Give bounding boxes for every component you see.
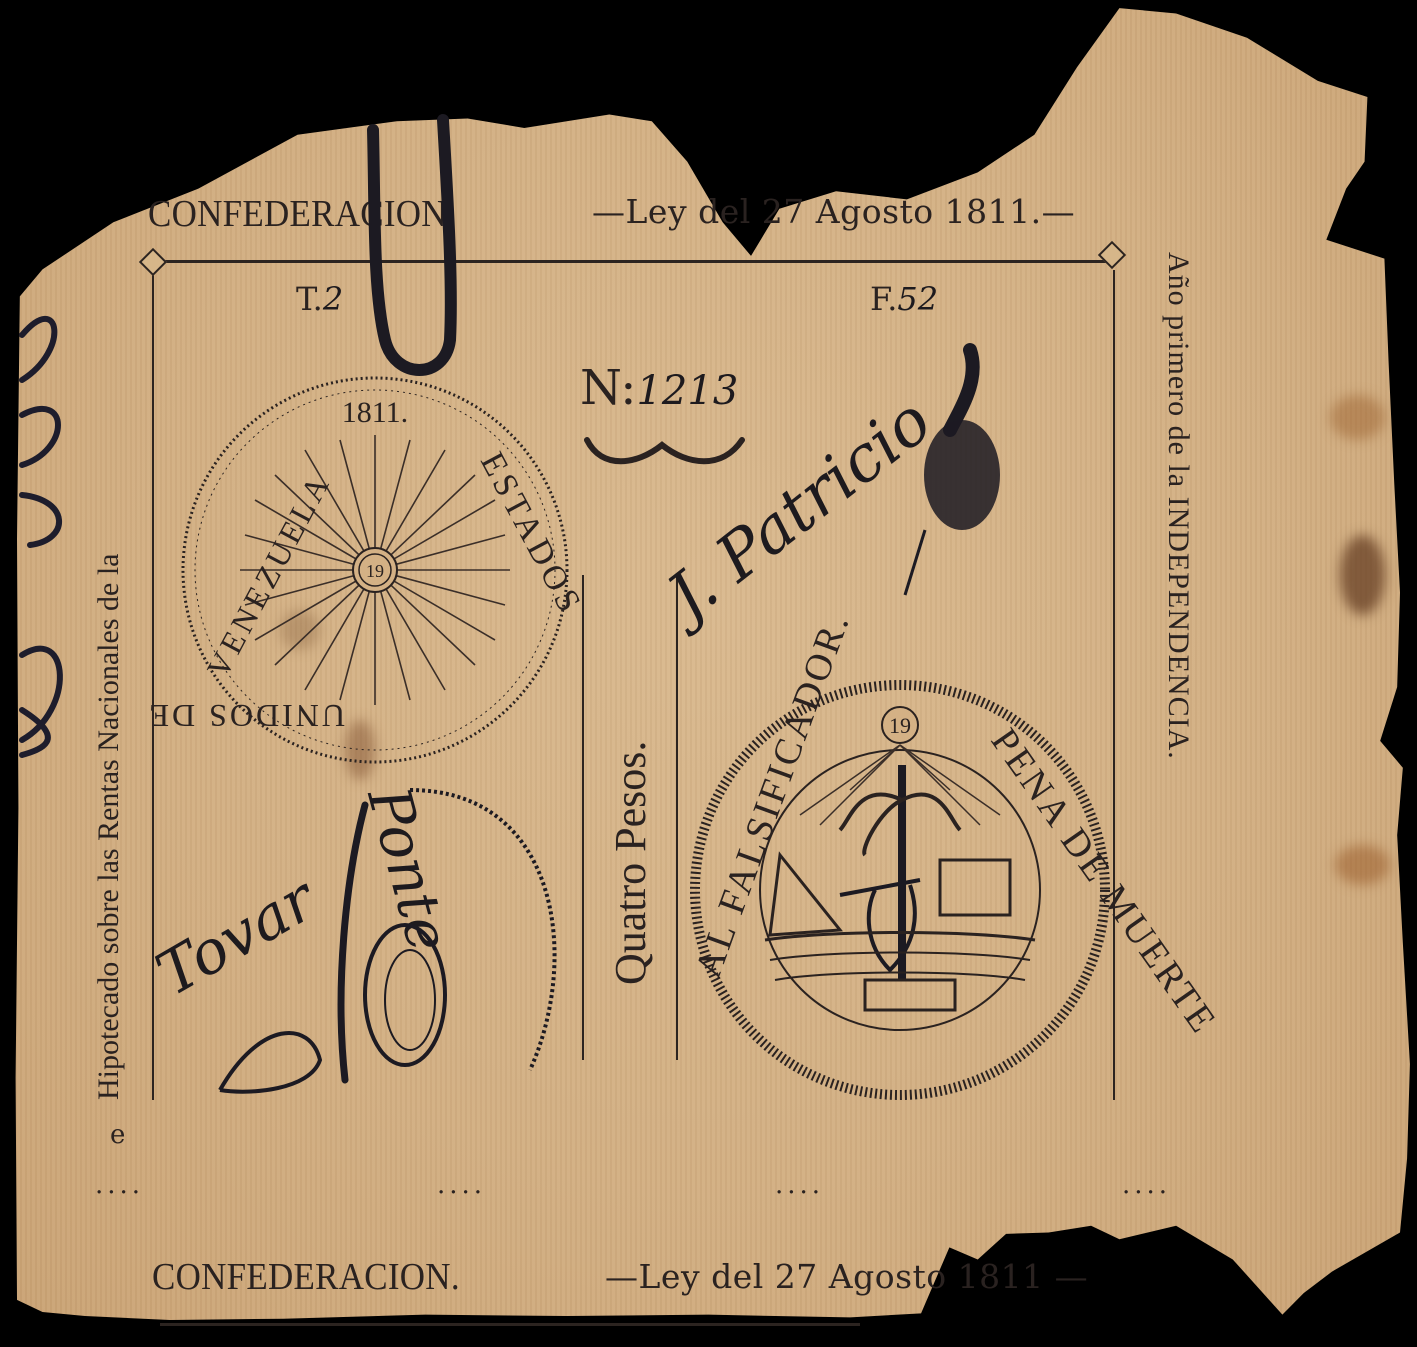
left-margin-prefix: e (110, 1120, 125, 1150)
tomo-value: 2 (323, 280, 343, 318)
denomination-label: Quatro Pesos. (606, 741, 655, 985)
ornament-swash (582, 430, 752, 470)
serial-label: N: (580, 360, 636, 416)
frame-right-rule (1113, 270, 1115, 1100)
frame-left-rule (152, 270, 154, 1100)
right-margin-text: Año primero de la INDEPENDENCIA. (1161, 252, 1195, 760)
seal-left-center: 19 (366, 561, 384, 581)
seal-left: 19 1811. ESTADOS UNIDOS DE VENEZUELA (175, 370, 575, 770)
seal-left-legend-right: ESTADOS (473, 446, 589, 621)
serial-number: N:1213 (580, 360, 738, 416)
right-margin-label: Año primero de la INDEPENDENCIA. (1162, 252, 1195, 760)
seal-right-center: 19 (889, 713, 911, 738)
signature-flourish-bottom (160, 760, 580, 1100)
denomination-rule-right (676, 575, 678, 1060)
header-bottom: CONFEDERACION. (152, 1255, 487, 1299)
stain-spot (1330, 395, 1385, 440)
bottom-rule (160, 1323, 860, 1326)
dot-leader: .... (437, 1170, 486, 1200)
folio-label: F.52 (870, 280, 938, 318)
tomo-prefix: T. (296, 280, 323, 318)
denomination: Quatro Pesos. (605, 741, 656, 985)
left-margin-text: Hipotecado sobre las Rentas Nacionales d… (92, 554, 126, 1100)
frame-top-rule (160, 260, 1112, 263)
denomination-rule-left (582, 575, 584, 1060)
dot-leader: .... (1122, 1170, 1171, 1200)
dot-leader: .... (95, 1170, 144, 1200)
tomo-label: T.2 (296, 280, 343, 318)
seal-left-legend-left: VENEZUELA (199, 467, 337, 684)
signature-flourish (900, 340, 1020, 570)
serial-value: 1213 (636, 368, 738, 414)
header-top-law: —Ley del 27 Agosto 1811.— (592, 192, 1075, 231)
folio-prefix: F. (870, 280, 897, 318)
seal-left-year: 1811. (342, 396, 408, 429)
stub-flourish (0, 280, 100, 1340)
folio-value: 52 (897, 280, 938, 318)
seal-left-legend-bottom: UNIDOS DE (146, 698, 345, 734)
header-bottom-title: CONFEDERACION. (152, 1255, 460, 1299)
stain-spot (1335, 845, 1390, 885)
seal-right: 19 AL FALSIFICADOR. PENA DE MUERTE (690, 680, 1110, 1100)
left-margin-label: Hipotecado sobre las Rentas Nacionales d… (92, 554, 125, 1100)
dot-leader: .... (775, 1170, 824, 1200)
header-bottom-law: —Ley del 27 Agosto 1811 — (605, 1257, 1088, 1296)
stain-spot (1340, 535, 1385, 615)
ink-u-mark (355, 110, 475, 380)
